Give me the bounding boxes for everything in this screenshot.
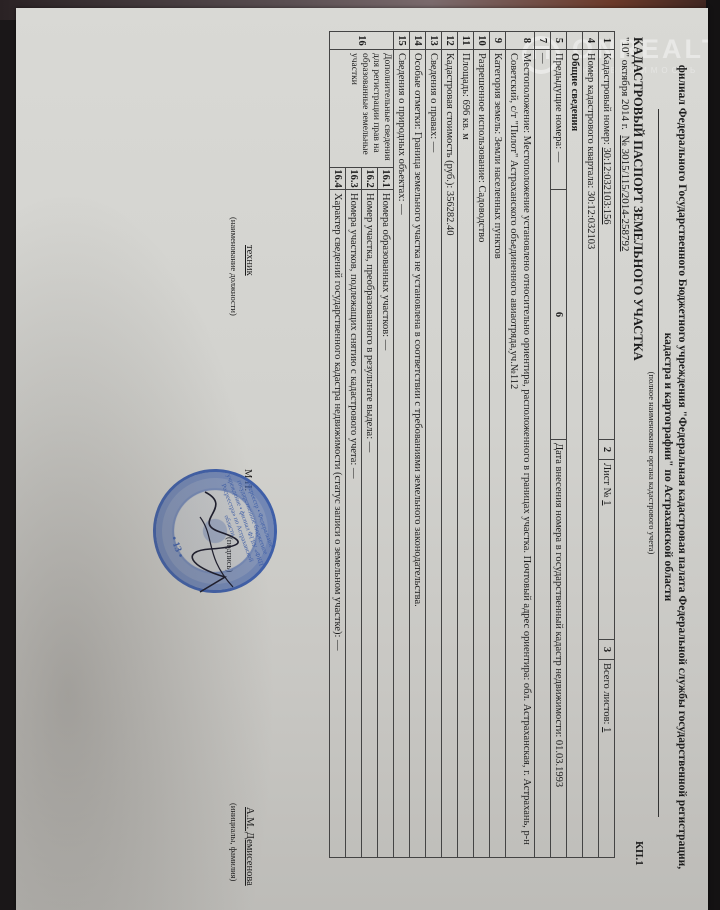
sub-row-number: 16.1 xyxy=(378,168,394,190)
row-number: 1 xyxy=(599,32,615,50)
natural-objects: Сведения о природных объектах: — xyxy=(394,50,410,858)
document-paper: ONREALT НЕДВИЖИМОСТЬ филиал Федерального… xyxy=(16,8,708,910)
document-number: № 3015/115/2014-258792 xyxy=(619,135,631,251)
row-number: 11 xyxy=(458,32,474,50)
sheet-label: Лист № xyxy=(601,463,612,498)
permitted-use: Разрешенное использование: Садоводство xyxy=(474,50,490,858)
total-sheets-value: 1 xyxy=(601,727,612,732)
organization-name: филиал Федерального Государственного Бюд… xyxy=(661,57,689,877)
stamp-number: • 13 • xyxy=(168,535,186,559)
section-general: Общие сведения xyxy=(567,50,583,858)
signer-position: техник xyxy=(244,245,255,276)
document-title: КАДАСТРОВЫЙ ПАСПОРТ ЗЕМЕЛЬНОГО УЧАСТКА xyxy=(630,37,645,361)
column-number: 2 xyxy=(599,440,615,460)
sub-row-number: 16.3 xyxy=(346,168,362,190)
table-row: 14 Особые отметки: Граница земельного уч… xyxy=(410,32,426,858)
land-category: Категория земель: Земли населенных пункт… xyxy=(490,50,506,858)
row-number: 10 xyxy=(474,32,490,50)
row-number: 15 xyxy=(394,32,410,50)
sheet-number: 1 xyxy=(601,500,612,505)
row-7-value: — xyxy=(535,50,551,858)
registration-date: Дата внесения номера в государственный к… xyxy=(551,440,567,858)
organization-hint: (полное наименование органа кадастрового… xyxy=(647,109,657,817)
document-date: "10" октября 2014 г. xyxy=(619,37,631,130)
sub-row-number: 16.2 xyxy=(362,168,378,190)
table-row: 4 Номер кадастрового квартала: 30:12:032… xyxy=(583,32,599,858)
row-number: 5 xyxy=(551,32,567,50)
rights-info: Сведения о правах: — xyxy=(426,50,442,858)
table-row: 7 — xyxy=(535,32,551,858)
cadastral-number-value: 30:12:032103:156 xyxy=(601,147,612,224)
total-sheets-label: Всего листов: xyxy=(601,663,612,724)
cadastral-quarter: Номер кадастрового квартала: 30:12:03210… xyxy=(583,50,599,858)
special-notes: Особые отметки: Граница земельного участ… xyxy=(410,50,426,858)
document-date-number: "10" октября 2014 г. № 3015/115/2014-258… xyxy=(619,37,631,251)
cadastral-number-cell: Кадастровый номер: 30:12:032103:156 xyxy=(599,50,615,440)
table-row: 9 Категория земель: Земли населенных пун… xyxy=(490,32,506,858)
table-row: 5 Предыдущие номера: — 6 Дата внесения н… xyxy=(551,32,567,858)
row-number: 12 xyxy=(442,32,458,50)
cadastral-number-label: Кадастровый номер: xyxy=(601,53,612,145)
sheet-number-cell: Лист № 1 xyxy=(599,460,615,640)
table-row: 12 Кадастровая стоимость (руб.): 356282.… xyxy=(442,32,458,858)
photo-background-right xyxy=(706,0,720,910)
row-number xyxy=(567,32,583,50)
row-number: 9 xyxy=(490,32,506,50)
passport-table: 1 Кадастровый номер: 30:12:032103:156 2 … xyxy=(329,31,615,858)
record-status: Характер сведений государственного кадас… xyxy=(330,190,346,858)
signer-name-hint: (инициалы, фамилия) xyxy=(229,803,239,881)
previous-numbers: Предыдущие номера: — xyxy=(551,50,567,190)
table-row: 10 Разрешенное использование: Садоводств… xyxy=(474,32,490,858)
signer-position-hint: (наименование должности) xyxy=(229,217,239,316)
total-sheets-cell: Всего листов: 1 xyxy=(599,660,615,858)
sub-row-number: 16.4 xyxy=(330,168,346,190)
organization-underline xyxy=(658,109,659,817)
row-number: 14 xyxy=(410,32,426,50)
row-number: 8 xyxy=(506,32,535,50)
row-number: 7 xyxy=(535,32,551,50)
table-row: 11 Площадь: 696 кв. м xyxy=(458,32,474,858)
table-row: 16 Дополнительные сведения для регистрац… xyxy=(378,32,394,858)
formed-plots: Номера образованных участков: — xyxy=(378,190,394,858)
table-row: 15 Сведения о природных объектах: — xyxy=(394,32,410,858)
location: Местоположение: Местоположение установле… xyxy=(506,50,535,858)
form-code: КП.1 xyxy=(633,841,645,866)
column-number: 3 xyxy=(599,640,615,660)
cadastral-passport: филиал Федерального Государственного Бюд… xyxy=(17,17,707,897)
table-row: 13 Сведения о правах: — xyxy=(426,32,442,858)
table-row: Общие сведения xyxy=(567,32,583,858)
cadastral-value: Кадастровая стоимость (руб.): 356282.40 xyxy=(442,50,458,858)
signer-name: А.М. Демисенова xyxy=(244,807,255,886)
table-row: 1 Кадастровый номер: 30:12:032103:156 2 … xyxy=(599,32,615,858)
plots-to-remove: Номера участков, подлежащих снятию с кад… xyxy=(346,190,362,858)
additional-info-label: Дополнительные сведения для регистрации … xyxy=(330,50,394,168)
table-row: 8 Местоположение: Местоположение установ… xyxy=(506,32,535,858)
area: Площадь: 696 кв. м xyxy=(458,50,474,858)
row-number: 6 xyxy=(551,190,567,440)
transformed-plot: Номер участка, преобразованного в резуль… xyxy=(362,190,378,858)
handwritten-signature-icon xyxy=(185,487,245,597)
row-number: 13 xyxy=(426,32,442,50)
row-number: 16 xyxy=(330,32,394,50)
row-number: 4 xyxy=(583,32,599,50)
